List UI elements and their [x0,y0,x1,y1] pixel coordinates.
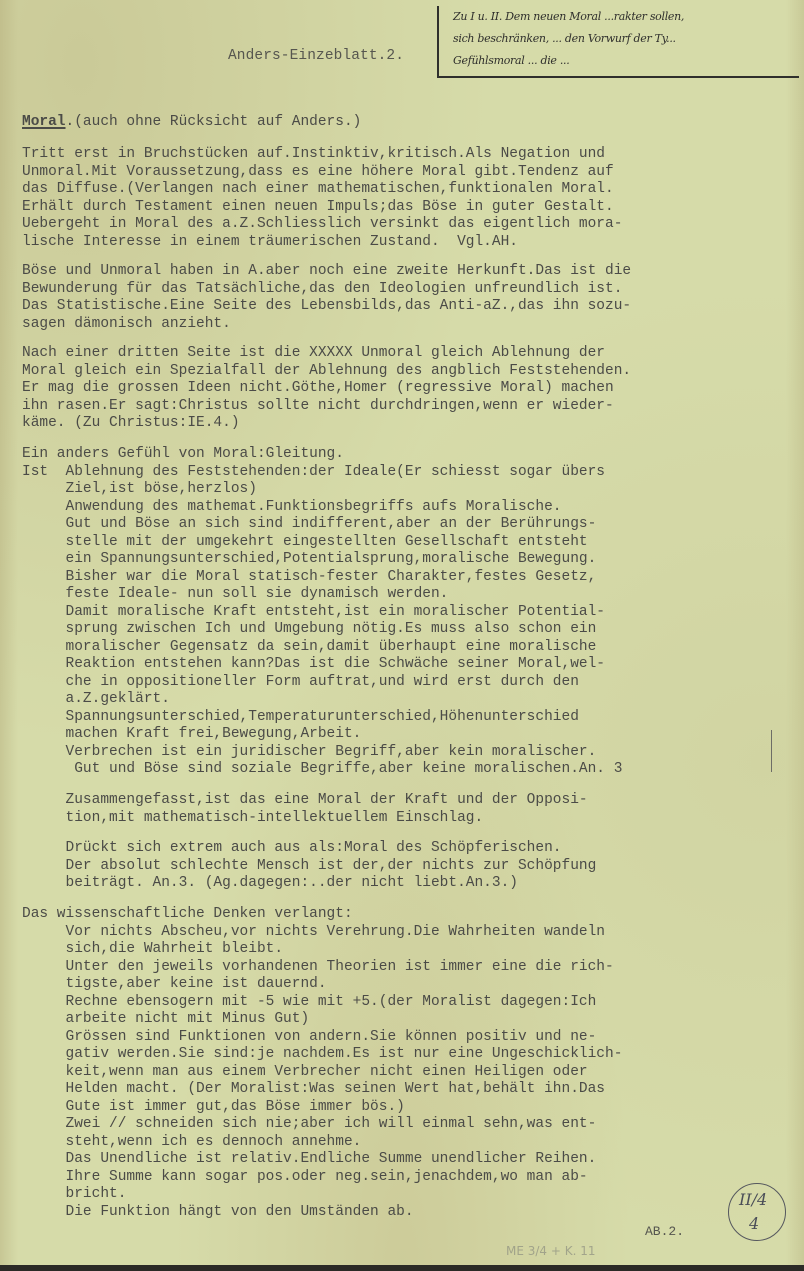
text-line: Ist Ablehnung des Feststehenden:der Idea… [22,464,605,482]
text-line: sagen dämonisch anzieht. [22,316,231,334]
text-line: keit,wenn man aus einem Verbrecher nicht… [22,1064,588,1082]
text-line: Das Statistische.Eine Seite des Lebensbi… [22,298,631,316]
text-line: Grössen sind Funktionen von andern.Sie k… [22,1029,596,1047]
text-line: arbeite nicht mit Minus Gut) [22,1011,309,1029]
document-title: Anders-Einzeblatt.2. [228,48,404,64]
text-line: sich,die Wahrheit bleibt. [22,941,283,959]
text-line: Das Unendliche ist relativ.Endliche Summ… [22,1151,596,1169]
text-line: stelle mit der umgekehrt eingestellten G… [22,534,588,552]
sheet-reference: AB.2. [645,1224,684,1239]
text-line: Reaktion entstehen kann?Das ist die Schw… [22,656,605,674]
heading-rest: .(auch ohne Rücksicht auf Anders.) [66,114,362,130]
text-line: Zwei // schneiden sich nie;aber ich will… [22,1116,596,1134]
text-line: steht,wenn ich es dennoch annehme. [22,1134,361,1152]
text-line: machen Kraft frei,Bewegung,Arbeit. [22,726,361,744]
handwritten-line: sich beschränken, ... den Vorwurf der Ty… [453,32,676,45]
text-line: Das wissenschaftliche Denken verlangt: [22,906,353,924]
text-line: Rechne ebensogern mit -5 wie mit +5.(der… [22,994,596,1012]
text-line: Ihre Summe kann sogar pos.oder neg.sein,… [22,1169,588,1187]
text-line: Die Funktion hängt von den Umständen ab. [22,1204,414,1222]
text-line: lische Interesse in einem träumerischen … [22,234,518,252]
text-line: Er mag die grossen Ideen nicht.Göthe,Hom… [22,380,614,398]
text-line: Gut und Böse an sich sind indifferent,ab… [22,516,596,534]
text-line: Moral gleich ein Spezialfall der Ablehnu… [22,363,631,381]
text-line: Verbrechen ist ein juridischer Begriff,a… [22,744,596,762]
text-line: moralischer Gegensatz da sein,damit über… [22,639,596,657]
text-line: ihn rasen.Er sagt:Christus sollte nicht … [22,398,614,416]
scan-edge [0,1265,804,1271]
text-line: Tritt erst in Bruchstücken auf.Instinkti… [22,146,605,164]
text-line: che in oppositioneller Form auftrat,und … [22,674,579,692]
handwritten-line: Zu I u. II. Dem neuen Moral ...rakter so… [453,10,684,23]
text-line: a.Z.geklärt. [22,691,170,709]
section-heading: Moral.(auch ohne Rücksicht auf Anders.) [22,114,361,132]
folio-stamp: II/4 4 [728,1183,786,1241]
text-line: Unter den jeweils vorhandenen Theorien i… [22,959,614,977]
text-line: käme. (Zu Christus:IE.4.) [22,415,240,433]
text-line: Ziel,ist böse,herzlos) [22,481,257,499]
text-line: Helden macht. (Der Moralist:Was seinen W… [22,1081,605,1099]
folio-bottom: 4 [749,1214,759,1233]
text-line: Bisher war die Moral statisch-fester Cha… [22,569,596,587]
text-line: Der absolut schlechte Mensch ist der,der… [22,858,596,876]
text-line: Bewunderung für das Tatsächliche,das den… [22,281,622,299]
text-line: tion,mit mathematisch-intellektuellem Ei… [22,810,483,828]
margin-mark [771,730,772,772]
text-line: Damit moralische Kraft entsteht,ist ein … [22,604,605,622]
text-line: ein Spannungsunterschied,Potentialsprung… [22,551,596,569]
text-line: das Diffuse.(Verlangen nach einer mathem… [22,181,614,199]
text-line: Anwendung des mathemat.Funktionsbegriffs… [22,499,562,517]
text-line: feste Ideale- nun soll sie dynamisch wer… [22,586,448,604]
heading-keyword: Moral [22,114,66,130]
handwritten-line: Gefühlsmoral ... die ... [453,54,569,67]
handwritten-annotation: Zu I u. II. Dem neuen Moral ...rakter so… [437,6,799,78]
text-line: tigste,aber keine ist dauernd. [22,976,327,994]
text-line: bricht. [22,1186,126,1204]
document-page: Anders-Einzeblatt.2. Zu I u. II. Dem neu… [0,0,804,1271]
text-line: Unmoral.Mit Voraussetzung,dass es eine h… [22,164,614,182]
text-line: beiträgt. An.3. (Ag.dagegen:..der nicht … [22,875,518,893]
text-line: sprung zwischen Ich und Umgebung nötig.E… [22,621,596,639]
folio-top: II/4 [739,1190,767,1209]
pencil-note: ME 3/4 + K. 11 [506,1244,596,1258]
text-line: Spannungsunterschied,Temperaturunterschi… [22,709,579,727]
text-line: Nach einer dritten Seite ist die XXXXX U… [22,345,605,363]
text-line: Zusammengefasst,ist das eine Moral der K… [22,792,588,810]
text-line: Drückt sich extrem auch aus als:Moral de… [22,840,562,858]
text-line: Böse und Unmoral haben in A.aber noch ei… [22,263,631,281]
text-line: Gut und Böse sind soziale Begriffe,aber … [22,761,622,779]
text-line: Uebergeht in Moral des a.Z.Schliesslich … [22,216,622,234]
text-line: Vor nichts Abscheu,vor nichts Verehrung.… [22,924,605,942]
text-line: gativ werden.Sie sind:je nachdem.Es ist … [22,1046,622,1064]
text-line: Gute ist immer gut,das Böse immer bös.) [22,1099,405,1117]
text-line: Ein anders Gefühl von Moral:Gleitung. [22,446,344,464]
text-line: Erhält durch Testament einen neuen Impul… [22,199,614,217]
